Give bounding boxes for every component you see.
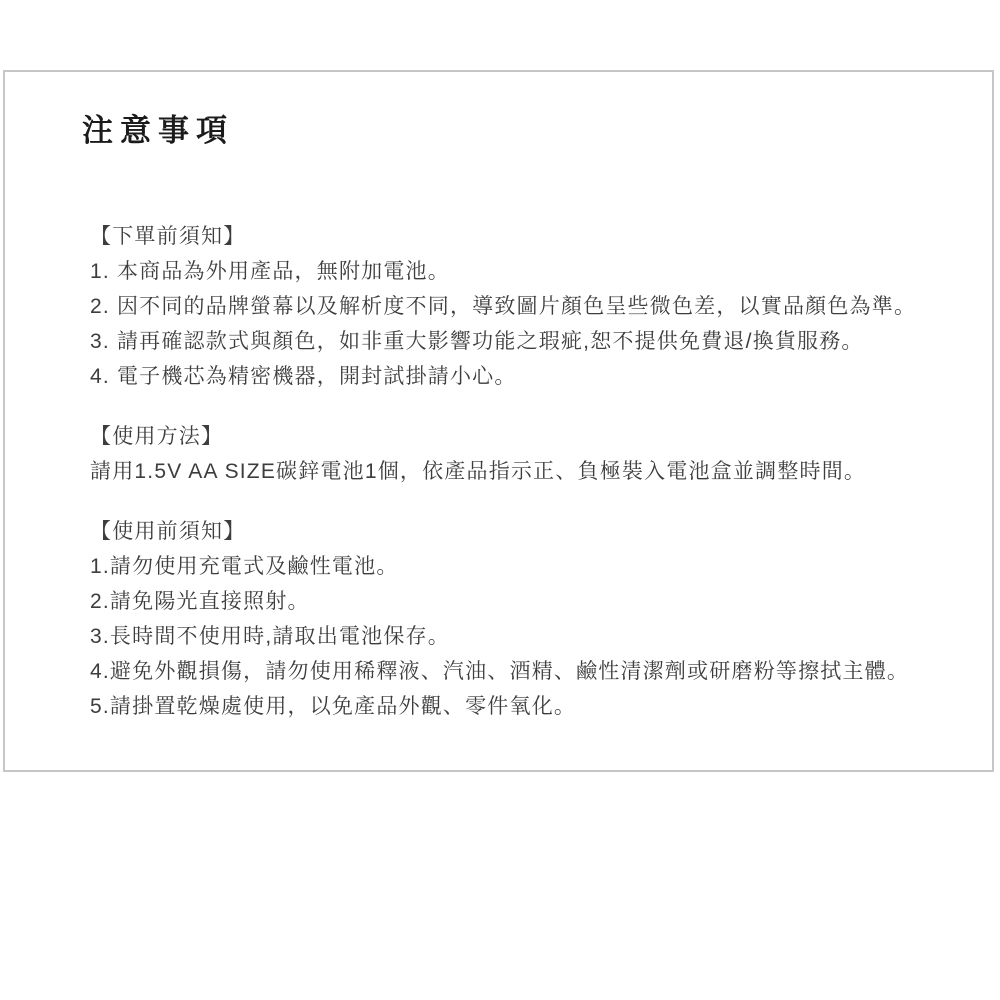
section-heading: 【使用前須知】 — [90, 514, 974, 549]
notice-line: 5.請掛置乾燥處使用，以免產品外觀、零件氧化。 — [90, 689, 974, 724]
notice-line: 請用1.5V AA SIZE碳鋅電池1個，依產品指示正、負極裝入電池盒並調整時間… — [90, 454, 974, 489]
notice-line: 4. 電子機芯為精密機器，開封試掛請小心。 — [90, 359, 974, 394]
notice-line: 1. 本商品為外用產品，無附加電池。 — [90, 254, 974, 289]
notice-panel: 注意事項 【下單前須知】 1. 本商品為外用產品，無附加電池。 2. 因不同的品… — [3, 70, 994, 772]
notice-line: 1.請勿使用充電式及鹼性電池。 — [90, 549, 974, 584]
page-title: 注意事項 — [82, 113, 992, 149]
section-before-order: 【下單前須知】 1. 本商品為外用產品，無附加電池。 2. 因不同的品牌螢幕以及… — [90, 219, 974, 394]
notice-content: 【下單前須知】 1. 本商品為外用產品，無附加電池。 2. 因不同的品牌螢幕以及… — [90, 219, 974, 724]
section-heading: 【使用方法】 — [90, 419, 974, 454]
section-usage-method: 【使用方法】 請用1.5V AA SIZE碳鋅電池1個，依產品指示正、負極裝入電… — [90, 419, 974, 489]
section-before-use: 【使用前須知】 1.請勿使用充電式及鹼性電池。 2.請免陽光直接照射。 3.長時… — [90, 514, 974, 724]
notice-line: 4.避免外觀損傷，請勿使用稀釋液、汽油、酒精、鹼性清潔劑或研磨粉等擦拭主體。 — [90, 654, 974, 689]
notice-line: 3. 請再確認款式與顏色，如非重大影響功能之瑕疵,恕不提供免費退/換貨服務。 — [90, 324, 974, 359]
notice-line: 3.長時間不使用時,請取出電池保存。 — [90, 619, 974, 654]
notice-line: 2.請免陽光直接照射。 — [90, 584, 974, 619]
section-heading: 【下單前須知】 — [90, 219, 974, 254]
notice-line: 2. 因不同的品牌螢幕以及解析度不同，導致圖片顏色呈些微色差，以實品顏色為準。 — [90, 289, 974, 324]
